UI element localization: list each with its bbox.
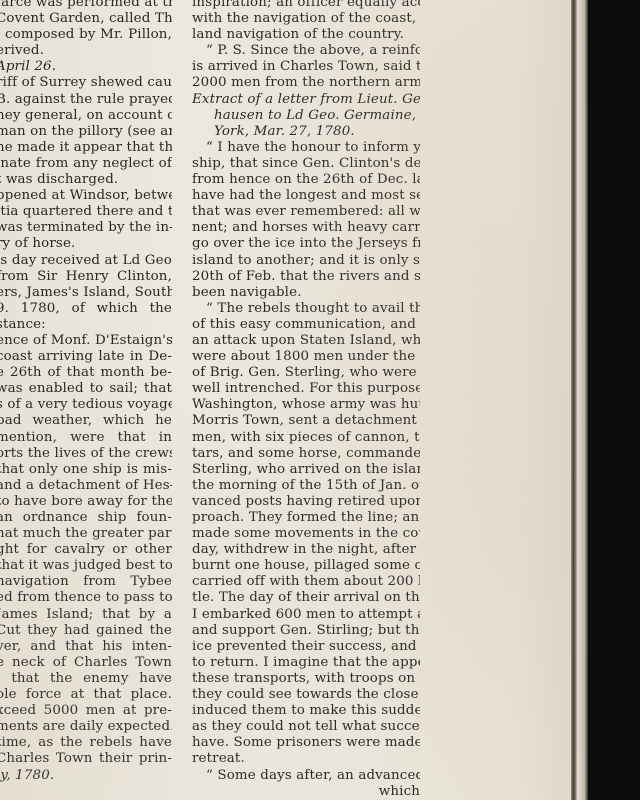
- left-column: farce was performed at the Covent Garden…: [0, 0, 172, 784]
- text-line: s of a very tedious voyage,: [0, 397, 172, 413]
- text-line: “ Some days after, an advanced post,: [192, 768, 420, 784]
- text-line: as they could not tell what success they…: [192, 719, 420, 735]
- text-line: the morning of the 15th of Jan. our ad-: [192, 478, 420, 494]
- text-line: navigation from Tybee: [0, 574, 172, 590]
- text-line: and support Gen. Stirling; but the float…: [192, 623, 420, 639]
- text-line: island to another; and it is only since …: [192, 253, 420, 269]
- text-line: have had the longest and most severe win…: [192, 188, 420, 204]
- text-line: proach. They formed the line; and having: [192, 510, 420, 526]
- text-line: burnt one house, pillaged some others, a…: [192, 558, 420, 574]
- text-line: ship, that since Gen. Clinton's departur…: [192, 156, 420, 172]
- text-line: Covent Garden, called The: [0, 11, 172, 27]
- text-line: an attack upon Staten Island, where ther…: [192, 333, 420, 349]
- text-line: from hence on the 26th of Dec. last, we: [192, 172, 420, 188]
- text-line: that only one ship is mis-: [0, 462, 172, 478]
- text-line: “ The rebels thought to avail themselves: [192, 301, 420, 317]
- text-line: 9. 1780, of which the: [0, 301, 172, 317]
- text-line: ver, and that his inten-: [0, 639, 172, 655]
- text-line: to have bore away for the: [0, 494, 172, 510]
- text-line: is day received at Ld Geo.: [0, 253, 172, 269]
- page-outer-edge: [580, 0, 588, 800]
- text-line: riff of Surrey shewed cause: [0, 75, 172, 91]
- text-line: that it was judged best to: [0, 558, 172, 574]
- text-line: stance:: [0, 317, 172, 333]
- text-line: of Brig. Gen. Sterling, who were pretty: [192, 365, 420, 381]
- text-line: Sterling, who arrived on the island earl…: [192, 462, 420, 478]
- text-line: e 26th of that month be-: [0, 365, 172, 381]
- dateline: ly, 1780.: [0, 768, 172, 784]
- text-line: and a detachment of Hes-: [0, 478, 172, 494]
- text-line: is arrived in Charles Town, said to cons…: [192, 59, 420, 75]
- text-line: ments are daily expected.: [0, 719, 172, 735]
- text-line: man on the pillory (see art.: [0, 124, 172, 140]
- catchword: which: [192, 784, 420, 800]
- letter-heading: Extract of a letter from Lieut. Gen. Kny…: [192, 92, 420, 108]
- text-line: Charles Town their prin-: [0, 751, 172, 767]
- text-line: tle. The day of their arrival on the isl…: [192, 590, 420, 606]
- text-line: made some movements in the course of tha…: [192, 526, 420, 542]
- text-line: mention, were that in: [0, 430, 172, 446]
- text-line: 2000 men from the northern army.”: [192, 75, 420, 91]
- text-line: ence of Monf. D'Estaign's: [0, 333, 172, 349]
- text-line: from Sir Henry Clinton,: [0, 269, 172, 285]
- letter-heading: hausen to Ld Geo. Germaine, dated New: [192, 108, 420, 124]
- text-line: were about 1800 men under the command: [192, 349, 420, 365]
- text-line: ed from thence to pass to: [0, 590, 172, 606]
- text-line: “ I have the honour to inform your lord-: [192, 140, 420, 156]
- right-column: inspiration; an officer equally acquaint…: [192, 0, 420, 800]
- text-line: land navigation of the country.: [192, 27, 420, 43]
- text-line: hat much the greater part: [0, 526, 172, 542]
- text-line: nent; and horses with heavy carriages co…: [192, 220, 420, 236]
- text-line: e neck of Charles Town: [0, 655, 172, 671]
- text-line: time, as the rebels have: [0, 735, 172, 751]
- text-line: t was discharged.: [0, 172, 172, 188]
- text-line: ole force at that place.: [0, 687, 172, 703]
- text-line: these transports, with troops on board, …: [192, 671, 420, 687]
- text-line: vanced posts having retired upon their a…: [192, 494, 420, 510]
- text-line: coast arriving late in De-: [0, 349, 172, 365]
- text-line: ght for cavalry or other: [0, 542, 172, 558]
- letter-heading: York, Mar. 27, 1780.: [192, 124, 420, 140]
- text-line: I embarked 600 men to attempt a passage,: [192, 607, 420, 623]
- text-line: xceed 5000 men at pre-: [0, 703, 172, 719]
- text-line: go over the ice into the Jerseys from on…: [192, 236, 420, 252]
- text-line: Morris Town, sent a detachment of 2700: [192, 413, 420, 429]
- text-line: carried off with them about 200 head of …: [192, 574, 420, 590]
- text-line: have. Some prisoners were made in their: [192, 735, 420, 751]
- text-line: itia quartered there and the: [0, 204, 172, 220]
- text-line: day, withdrew in the night, after having: [192, 542, 420, 558]
- newspaper-page: farce was performed at the Covent Garden…: [0, 0, 588, 800]
- text-line: B. against the rule prayed: [0, 92, 172, 108]
- text-line: they could see towards the close of the …: [192, 687, 420, 703]
- text-line: James Island; that by a: [0, 607, 172, 623]
- text-line: bad weather, which he: [0, 413, 172, 429]
- text-line: tars, and some horse, commanded by Lord: [192, 446, 420, 462]
- text-line: he made it appear that the: [0, 140, 172, 156]
- text-line: retreat.: [192, 751, 420, 767]
- text-line: induced them to make this sudden retreat…: [192, 703, 420, 719]
- text-line: of this easy communication, and threaten…: [192, 317, 420, 333]
- text-line: was enabled to sail; that: [0, 381, 172, 397]
- text-line: Cut they had gained the: [0, 623, 172, 639]
- text-line: ppened at Windsor, between: [0, 188, 172, 204]
- page-fold-edge: [571, 0, 577, 800]
- text-line: , composed by Mr. Pillon,: [0, 27, 172, 43]
- dateline: April 26.: [0, 59, 172, 75]
- text-line: an ordnance ship foun-: [0, 510, 172, 526]
- text-line: erived.: [0, 43, 172, 59]
- text-line: 20th of Feb. that the rivers and straits…: [192, 269, 420, 285]
- text-line: farce was performed at the: [0, 0, 172, 11]
- text-line: been navigable.: [192, 285, 420, 301]
- text-line: inate from any neglect of: [0, 156, 172, 172]
- text-line: Washington, whose army was hutted at: [192, 397, 420, 413]
- text-line: ice prevented their success, and obliged…: [192, 639, 420, 655]
- text-line: that was ever remembered: all was conti-: [192, 204, 420, 220]
- text-line: ry of horse.: [0, 236, 172, 252]
- text-line: was terminated by the in-: [0, 220, 172, 236]
- text-line: to return. I imagine that the appearance…: [192, 655, 420, 671]
- text-line: men, with six pieces of cannon, two mor-: [192, 430, 420, 446]
- text-line: ; that the enemy have: [0, 671, 172, 687]
- text-line: “ P. S. Since the above, a reinforcement: [192, 43, 420, 59]
- text-line: orts the lives of the crews: [0, 446, 172, 462]
- text-line: ers, James's Island, South: [0, 285, 172, 301]
- text-line: with the navigation of the coast, and th…: [192, 11, 420, 27]
- text-line: inspiration; an officer equally acquaint…: [192, 0, 420, 11]
- text-line: well intrenched. For this purpose Gen.: [192, 381, 420, 397]
- text-line: ney general, on account of: [0, 108, 172, 124]
